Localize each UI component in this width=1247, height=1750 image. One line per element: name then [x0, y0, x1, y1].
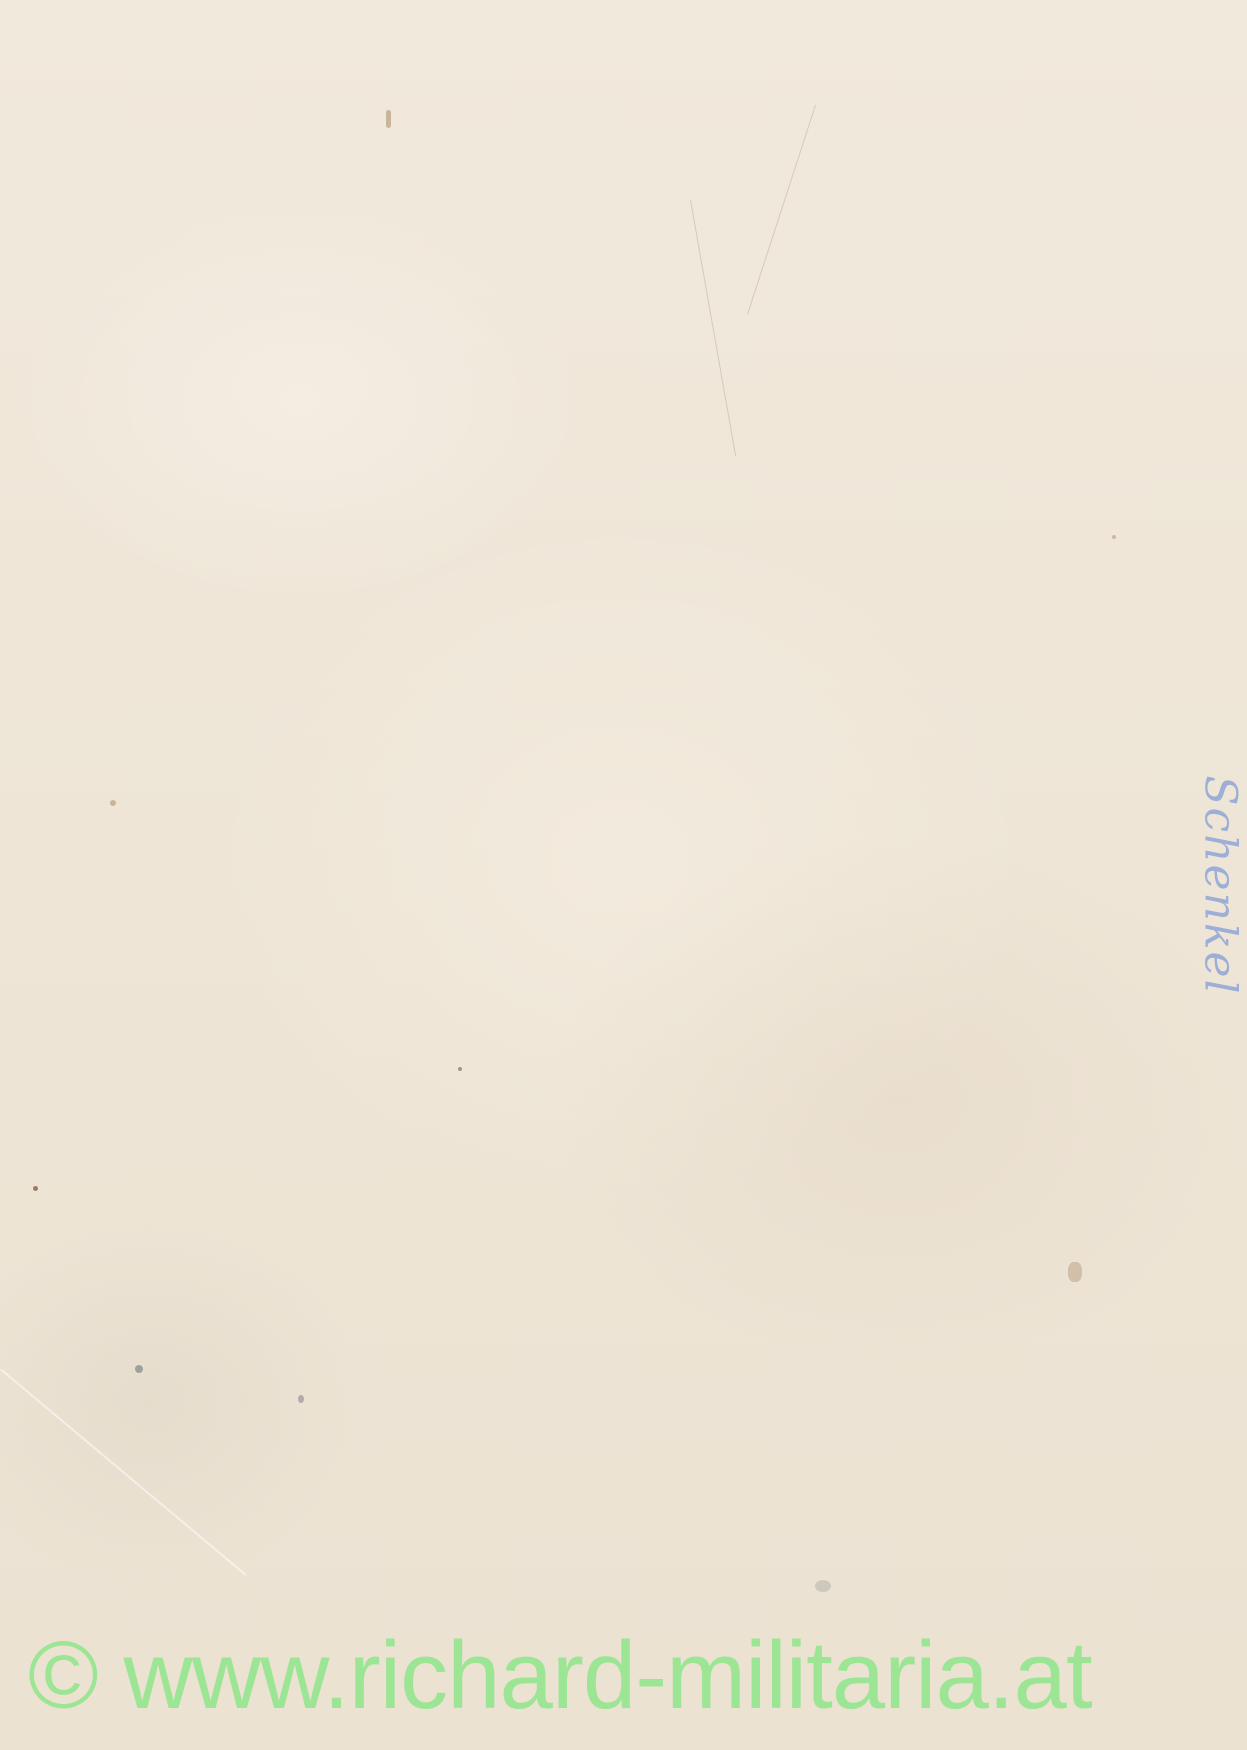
stain-spot [298, 1395, 304, 1403]
stain-spot [135, 1365, 143, 1373]
stain-spot [458, 1067, 462, 1071]
handwritten-note: Schenkel [1195, 736, 1246, 1036]
copyright-watermark: © www.richard-militaria.at [28, 1628, 1092, 1724]
stain-spot [1112, 535, 1116, 539]
stain-spot [33, 1186, 38, 1191]
stain-spot [1068, 1262, 1082, 1282]
stain-spot [110, 800, 116, 806]
stain-spot [815, 1580, 831, 1592]
paper-surface [0, 0, 1247, 1750]
stain-spot [386, 110, 391, 128]
